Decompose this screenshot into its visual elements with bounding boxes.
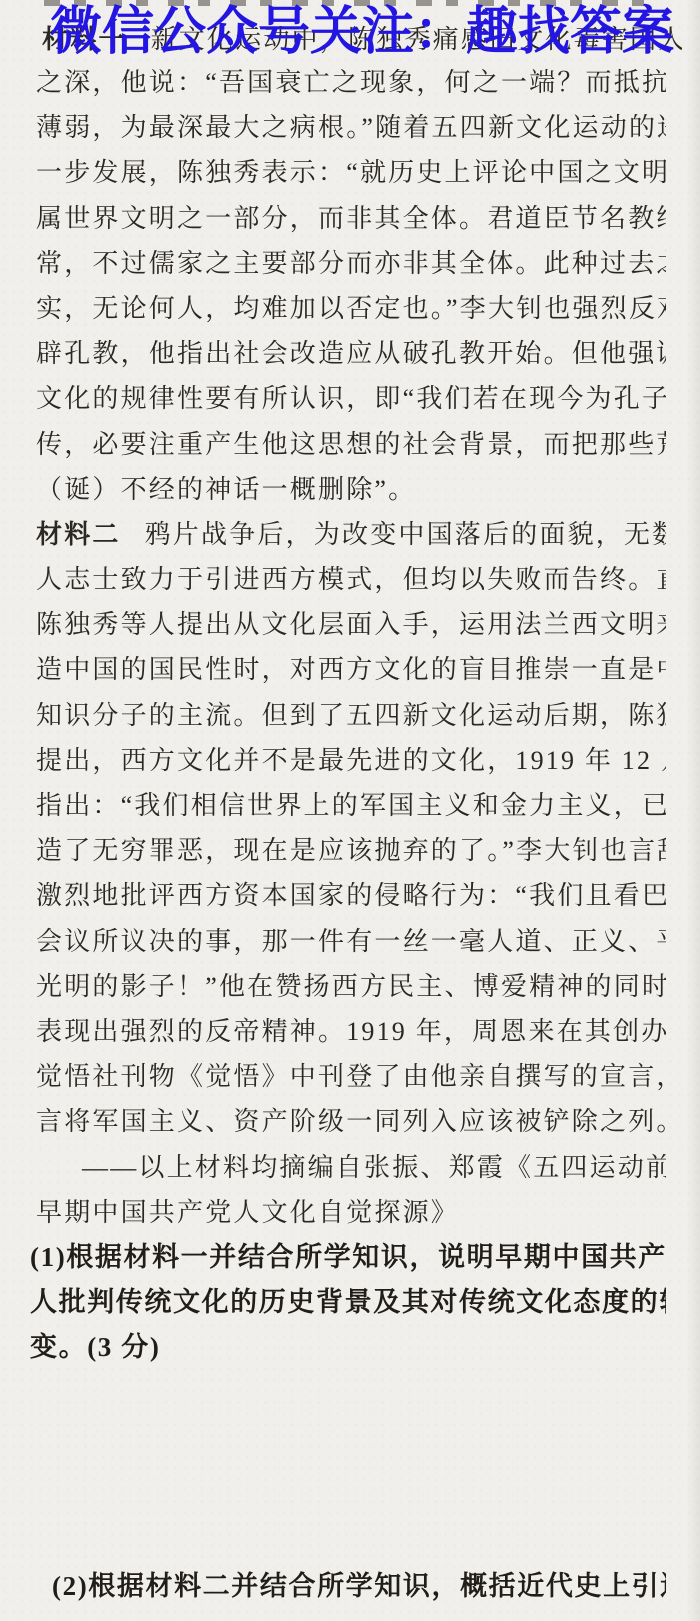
document-line: 属世界文明之一部分，而非其全体。君道臣节名教纲 xyxy=(36,196,666,241)
line-text: 变。(3 分) xyxy=(30,1332,160,1362)
line-text: 常，不过儒家之主要部分而亦非其全体。此种过去之事 xyxy=(36,249,666,278)
question-line: 人批判传统文化的历史背景及其对传统文化态度的转 xyxy=(30,1280,666,1325)
document-line: 人志士致力于引进西方模式，但均以失败而告终。直至 xyxy=(36,557,666,602)
question-line: 变。(3 分) xyxy=(30,1325,666,1370)
document-line: 造了无穷罪恶，现在是应该抛弃的了。”李大钊也言辞 xyxy=(36,828,666,873)
line-text: 光明的影子！”他在赞扬西方民主、博爱精神的同时也 xyxy=(36,972,666,1001)
line-text: 表现出强烈的反帝精神。1919 年，周恩来在其创办的 xyxy=(36,1017,666,1046)
line-text: 知识分子的主流。但到了五四新文化运动后期，陈独秀 xyxy=(36,701,666,730)
document-line: 指出：“我们相信世界上的军国主义和金力主义，已经 xyxy=(36,783,666,828)
line-text: 属世界文明之一部分，而非其全体。君道臣节名教纲 xyxy=(36,204,666,233)
document-line: 表现出强烈的反帝精神。1919 年，周恩来在其创办的 xyxy=(36,1009,666,1054)
line-text: 薄弱，为最深最大之病根。”随着五四新文化运动的进 xyxy=(36,113,666,142)
line-text: （诞）不经的神话一概删除”。 xyxy=(36,475,416,504)
document-line: 常，不过儒家之主要部分而亦非其全体。此种过去之事 xyxy=(36,241,666,286)
document-line: 言将军国主义、资产阶级一同列入应该被铲除之列。 xyxy=(36,1099,666,1144)
document-line: 文化的规律性要有所认识，即“我们若在现今为孔子作 xyxy=(36,376,666,421)
line-text: 激烈地批评西方资本国家的侵略行为：“我们且看巴黎 xyxy=(36,881,666,910)
document-body: 之深，他说：“吾国衰亡之现象，何之一端？而抵抗力之薄弱，为最深最大之病根。”随着… xyxy=(36,60,666,1610)
line-text: 造中国的国民性时，对西方文化的盲目推崇一直是中国 xyxy=(36,655,666,684)
scan-edge-shade xyxy=(686,0,700,1621)
line-text: 陈独秀等人提出从文化层面入手，运用法兰西文明来改 xyxy=(36,610,666,639)
document-line: 光明的影子！”他在赞扬西方民主、博爱精神的同时也 xyxy=(36,964,666,1009)
line-text: 言将军国主义、资产阶级一同列入应该被铲除之列。 xyxy=(36,1107,666,1136)
watermark-text: 微信公众号关注：趣找答案 xyxy=(50,2,674,62)
line-text: 人志士致力于引进西方模式，但均以失败而告终。直至 xyxy=(36,565,666,594)
document-line: 激烈地批评西方资本国家的侵略行为：“我们且看巴黎 xyxy=(36,873,666,918)
line-text: 之深，他说：“吾国衰亡之现象，何之一端？而抵抗力之 xyxy=(36,68,666,97)
document-line: 薄弱，为最深最大之病根。”随着五四新文化运动的进 xyxy=(36,105,666,150)
material-two-heading: 材料二 xyxy=(36,520,121,549)
document-line: ——以上材料均摘编自张振、郑霞《五四运动前后 xyxy=(36,1145,666,1190)
question-line: (1)根据材料一并结合所学知识，说明早期中国共产党 xyxy=(30,1235,666,1280)
line-text: ——以上材料均摘编自张振、郑霞《五四运动前后 xyxy=(82,1153,666,1182)
line-text: 提出，西方文化并不是最先进的文化，1919 年 12 月，又 xyxy=(36,746,666,775)
document-line: 早期中国共产党人文化自觉探源》 xyxy=(36,1190,666,1235)
question-line: (2)根据材料二并结合所学知识，概括近代史上引进西 xyxy=(30,1564,666,1609)
line-text: (2)根据材料二并结合所学知识，概括近代史上引进西 xyxy=(52,1571,666,1601)
document-line: 传，必要注重产生他这思想的社会背景，而把那些荒正 xyxy=(36,422,666,467)
scanned-exam-page: 材料一新文化运动中，陈独秀痛感旧文化毒害国人 微信公众号关注：趣找答案 之深，他… xyxy=(0,0,700,1621)
document-line: （诞）不经的神话一概删除”。 xyxy=(36,467,666,512)
line-text: 觉悟社刊物《觉悟》中刊登了由他亲自撰写的宣言，宣 xyxy=(36,1062,666,1091)
document-line: 知识分子的主流。但到了五四新文化运动后期，陈独秀 xyxy=(36,693,666,738)
line-text: 会议所议决的事，那一件有一丝一毫人道、正义、平和、 xyxy=(36,927,666,956)
line-text: 传，必要注重产生他这思想的社会背景，而把那些荒正 xyxy=(36,430,666,459)
document-line: 材料二鸦片战争后，为改变中国落后的面貌，无数仁 xyxy=(36,512,666,557)
document-line: 会议所议决的事，那一件有一丝一毫人道、正义、平和、 xyxy=(36,919,666,964)
document-line: 觉悟社刊物《觉悟》中刊登了由他亲自撰写的宣言，宣 xyxy=(36,1054,666,1099)
document-line: 提出，西方文化并不是最先进的文化，1919 年 12 月，又 xyxy=(36,738,666,783)
document-line: 造中国的国民性时，对西方文化的盲目推崇一直是中国 xyxy=(36,647,666,692)
line-text: 辟孔教，他指出社会改造应从破孔教开始。但他强调对 xyxy=(36,339,666,368)
line-text: 鸦片战争后，为改变中国落后的面貌，无数仁 xyxy=(145,520,666,549)
line-text: 早期中国共产党人文化自觉探源》 xyxy=(36,1198,459,1227)
line-text: 指出：“我们相信世界上的军国主义和金力主义，已经 xyxy=(36,791,666,820)
document-line: 实，无论何人，均难加以否定也。”李大钊也强烈反对复 xyxy=(36,286,666,331)
line-text: 文化的规律性要有所认识，即“我们若在现今为孔子作 xyxy=(36,384,666,413)
line-text: 人批判传统文化的历史背景及其对传统文化态度的转 xyxy=(30,1287,666,1317)
document-line: 一步发展，陈独秀表示：“就历史上评论中国之文明，固 xyxy=(36,150,666,195)
document-line: 陈独秀等人提出从文化层面入手，运用法兰西文明来改 xyxy=(36,602,666,647)
line-text: 一步发展，陈独秀表示：“就历史上评论中国之文明，固 xyxy=(36,158,666,187)
document-line: 之深，他说：“吾国衰亡之现象，何之一端？而抵抗力之 xyxy=(36,60,666,105)
line-text: 造了无穷罪恶，现在是应该抛弃的了。”李大钊也言辞 xyxy=(36,836,666,865)
line-text: (1)根据材料一并结合所学知识，说明早期中国共产党 xyxy=(30,1242,666,1272)
document-line: 辟孔教，他指出社会改造应从破孔教开始。但他强调对 xyxy=(36,331,666,376)
line-text: 实，无论何人，均难加以否定也。”李大钊也强烈反对复 xyxy=(36,294,666,323)
